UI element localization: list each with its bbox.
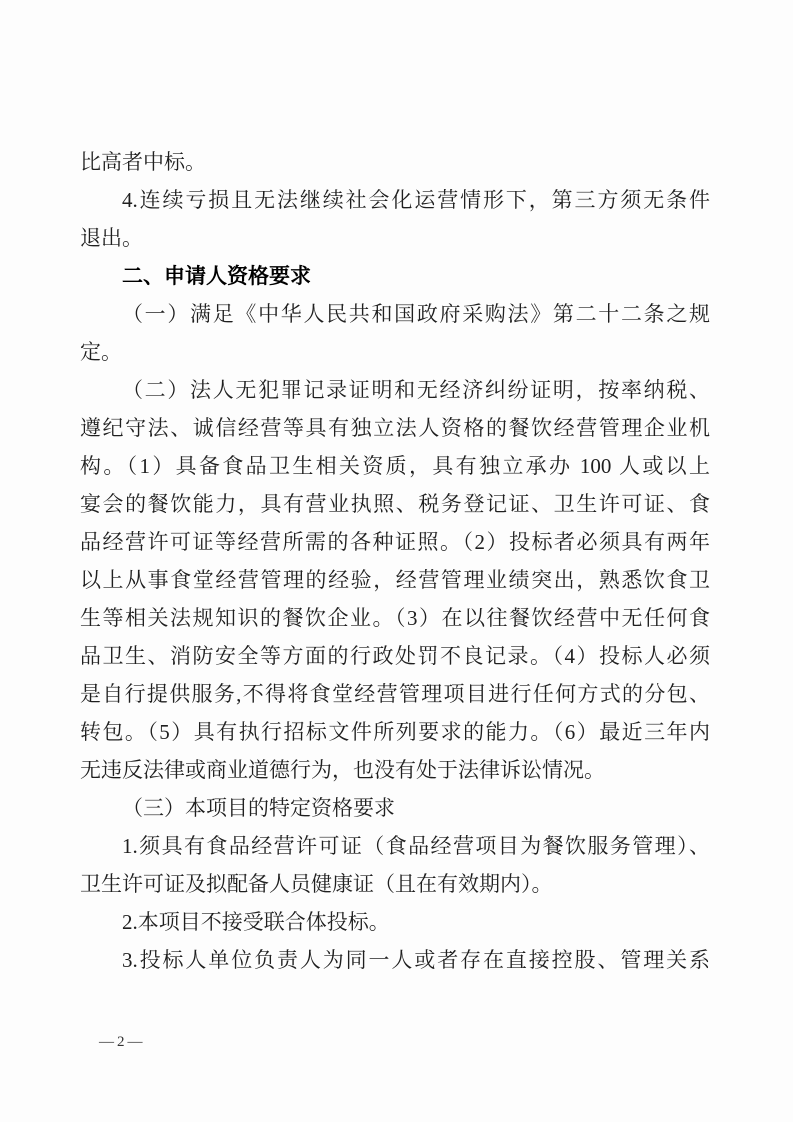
text-line: 退出。 <box>80 219 710 257</box>
text-line: 卫生许可证及拟配备人员健康证（且在有效期内）。 <box>80 865 710 903</box>
text-line: 1.须具有食品经营许可证（食品经营项目为餐饮服务管理）、 <box>80 827 710 865</box>
section-heading: 二、申请人资格要求 <box>80 257 710 295</box>
text-line: 构。（1）具备食品卫生相关资质，具有独立承办 100 人或以上 <box>80 447 710 485</box>
page-number: —2— <box>99 1034 146 1051</box>
text-line: 品卫生、消防安全等方面的行政处罚不良记录。（4）投标人必须 <box>80 637 710 675</box>
text-line: 品经营许可证等经营所需的各种证照。（2）投标者必须具有两年 <box>80 523 710 561</box>
text-line: 2.本项目不接受联合体投标。 <box>80 903 710 941</box>
text-line: 3.投标人单位负责人为同一人或者存在直接控股、管理关系 <box>80 941 710 979</box>
text-line: （三）本项目的特定资格要求 <box>80 789 710 827</box>
text-line: （二）法人无犯罪记录证明和无经济纠纷证明，按率纳税、 <box>80 371 710 409</box>
text-line: 4.连续亏损且无法继续社会化运营情形下，第三方须无条件 <box>80 181 710 219</box>
text-line: 宴会的餐饮能力，具有营业执照、税务登记证、卫生许可证、食 <box>80 485 710 523</box>
text-line: 比高者中标。 <box>80 143 710 181</box>
text-line: 定。 <box>80 333 710 371</box>
text-line: 无违反法律或商业道德行为，也没有处于法律诉讼情况。 <box>80 751 710 789</box>
text-line: 转包。（5）具有执行招标文件所列要求的能力。（6）最近三年内 <box>80 713 710 751</box>
text-line: 遵纪守法、诚信经营等具有独立法人资格的餐饮经营管理企业机 <box>80 409 710 447</box>
document-page: 比高者中标。4.连续亏损且无法继续社会化运营情形下，第三方须无条件退出。二、申请… <box>0 0 793 1122</box>
text-line: （一）满足《中华人民共和国政府采购法》第二十二条之规 <box>80 295 710 333</box>
document-body: 比高者中标。4.连续亏损且无法继续社会化运营情形下，第三方须无条件退出。二、申请… <box>80 143 710 979</box>
text-line: 是自行提供服务,不得将食堂经营管理项目进行任何方式的分包、 <box>80 675 710 713</box>
text-line: 以上从事食堂经营管理的经验，经营管理业绩突出，熟悉饮食卫 <box>80 561 710 599</box>
text-line: 生等相关法规知识的餐饮企业。（3）在以往餐饮经营中无任何食 <box>80 599 710 637</box>
